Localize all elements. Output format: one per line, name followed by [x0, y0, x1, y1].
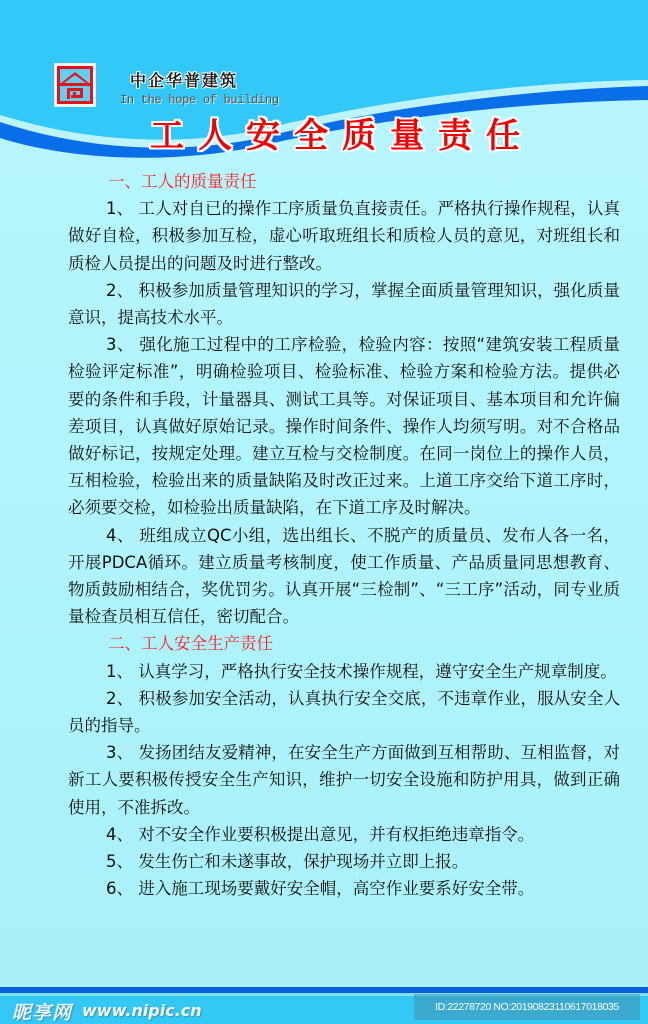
section-title: 二、工人安全生产责任 [68, 630, 620, 657]
page-title: 工人安全质量责任 [150, 108, 540, 157]
list-item: 4、 班组成立QC小组，选出组长、不脱产的质量员、发布人各一名，开展PDCA循环… [68, 522, 620, 631]
list-item: 5、 发生伤亡和未遂事故，保护现场并立即上报。 [68, 848, 620, 875]
watermark-site-name: 昵享网 [12, 998, 72, 1024]
list-item: 3、 强化施工过程中的工序检验，检验内容：按照“建筑安装工程质量检验评定标准”，… [68, 331, 620, 521]
list-item: 4、 对不安全作业要积极提出意见，并有权拒绝违章指令。 [68, 821, 620, 848]
list-item: 6、 进入施工现场要戴好安全帽，高空作业要系好安全带。 [68, 875, 620, 902]
watermark-url[interactable]: www.nipic.cn [82, 1001, 202, 1020]
list-item: 1、 工人对自已的操作工序质量负直接责任。严格执行操作规程，认真做好自检，积极参… [68, 195, 620, 277]
section-title: 一、工人的质量责任 [68, 168, 620, 195]
list-item: 1、 认真学习，严格执行安全技术操作规程，遵守安全生产规章制度。 [68, 658, 620, 685]
company-logo-icon [55, 64, 95, 106]
watermark-id: ID:22278720 NO:20190823110617018035 [414, 994, 640, 1020]
list-item: 2、 积极参加安全活动，认真执行安全交底，不违章作业，服从安全人员的指导。 [68, 685, 620, 739]
section-quality: 一、工人的质量责任 1、 工人对自已的操作工序质量负直接责任。严格执行操作规程，… [68, 168, 620, 630]
brand-slogan-en: In the hope of building [120, 93, 279, 107]
list-item: 2、 积极参加质量管理知识的学习，掌握全面质量管理知识，强化质量意识，提高技术水… [68, 277, 620, 331]
brand-name-cn: 中企华普建筑 [130, 68, 238, 91]
company-logo [54, 63, 96, 107]
content-body: 一、工人的质量责任 1、 工人对自已的操作工序质量负直接责任。严格执行操作规程，… [68, 168, 620, 902]
list-item: 3、 发扬团结友爱精神，在安全生产方面做到互相帮助、互相监督，对新工人要积极传授… [68, 739, 620, 821]
section-safety: 二、工人安全生产责任 1、 认真学习，严格执行安全技术操作规程，遵守安全生产规章… [68, 630, 620, 902]
